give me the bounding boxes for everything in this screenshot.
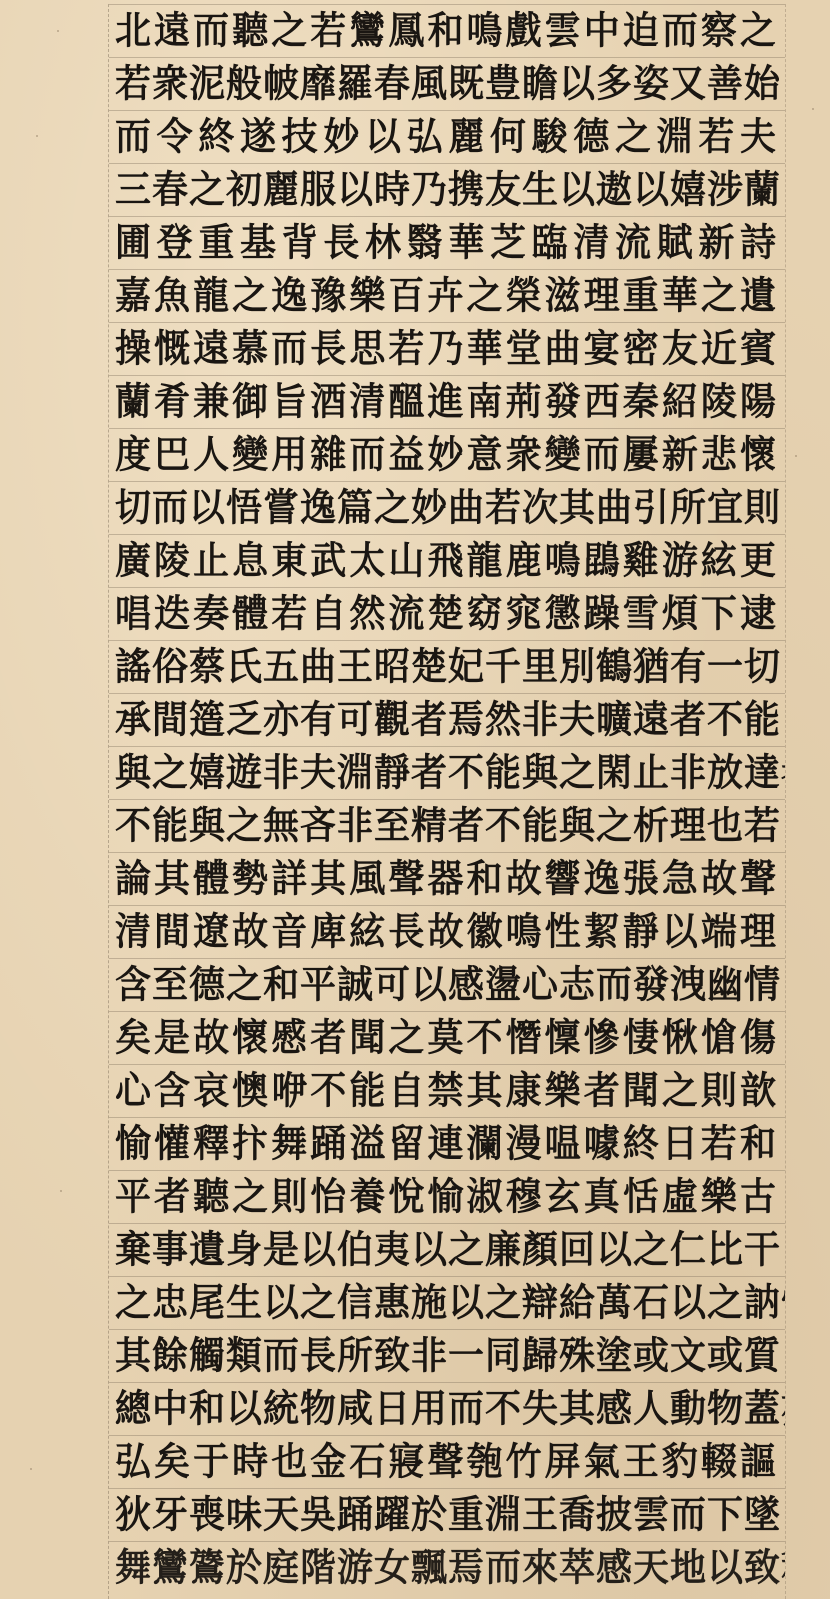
row-text: 心含哀懊咿不能自禁其康樂者聞之則歆 [115,1064,777,1117]
row-text: 含至德之和平誠可以感盪心志而發洩幽情 [115,958,777,1011]
row-text: 舞鸞鷟於庭階游女飄焉而來萃感天地以致和 [115,1541,777,1594]
row-text: 其餘觸類而長所致非一同歸殊塗或文或質 [115,1329,777,1382]
row-text: 總中和以統物咸日用而不失其感人動物蓋亦 [115,1382,777,1435]
row-text: 切而以悟嘗逸篇之妙曲若次其曲引所宜則 [115,481,777,534]
row-text: 嘉魚龍之逸豫樂百卉之榮滋理重華之遺 [115,269,777,322]
row-text: 論其體勢詳其風聲器和故響逸張急故聲 [115,852,777,905]
row-text: 之忠尾生以之信惠施以之辯給萬石以之訥慎 [115,1276,777,1329]
text-row: 蘭肴兼御旨酒清醞進南荊發西秦紹陵陽 [109,375,785,428]
row-text: 圃登重基背長林翳華芝臨清流賦新詩 [115,216,777,269]
row-text: 弘矣于時也金石寢聲匏竹屏氣王豹輟謳 [115,1435,777,1488]
text-row: 總中和以統物咸日用而不失其感人動物蓋亦 [109,1382,785,1435]
row-text: 不能與之無吝非至精者不能與之析理也若 [115,799,777,852]
row-text: 狄牙喪味天吳踊躍於重淵王喬披雲而下墜 [115,1488,777,1541]
text-row: 矣是故懷慼者聞之莫不憯懍慘悽愀愴傷 [109,1011,785,1064]
paper-speck [60,1190,62,1192]
paper-background: 北遠而聽之若鸞鳳和鳴戲雲中迫而察之 若衆泥般帔靡羅春風既豊瞻以多姿又善始 而令終… [0,0,830,1599]
paper-speck [57,30,59,32]
text-row: 而令終遂技妙以弘麗何駿德之淵若夫 [109,110,785,163]
text-row: 操慨遠慕而長思若乃華堂曲宴密友近賓 [109,322,785,375]
text-row: 平者聽之則怡養悅愉淑穆玄真恬虛樂古 [109,1170,785,1223]
text-row: 三春之初麗服以時乃携友生以遨以嬉涉蘭 [109,163,785,216]
text-row: 度巴人變用雜而益妙意衆變而屢新悲懷 [109,428,785,481]
text-row: 切而以悟嘗逸篇之妙曲若次其曲引所宜則 [109,481,785,534]
text-row: 與之嬉遊非夫淵靜者不能與之閑止非放達者 [109,746,785,799]
row-text: 蘭肴兼御旨酒清醞進南荊發西秦紹陵陽 [115,375,777,428]
text-row: 唱迭奏體若自然流楚窈窕懲躁雪煩下逮 [109,587,785,640]
text-row: 心含哀懊咿不能自禁其康樂者聞之則歆 [109,1064,785,1117]
row-text: 而令終遂技妙以弘麗何駿德之淵若夫 [115,110,777,163]
row-text: 與之嬉遊非夫淵靜者不能與之閑止非放達者 [115,746,777,799]
text-row: 狄牙喪味天吳踊躍於重淵王喬披雲而下墜 [109,1488,785,1541]
text-row: 清間遼故音庳絃長故徽鳴性絜靜以端理 [109,905,785,958]
text-row: 棄事遺身是以伯夷以之廉顏回以之仁比干以 [109,1223,785,1276]
text-row: 承間簉乏亦有可觀者焉然非夫曠遠者不能 [109,693,785,746]
row-text: 唱迭奏體若自然流楚窈窕懲躁雪煩下逮 [115,587,777,640]
row-text: 愉懽釋抃舞踊溢留連瀾漫嗢噱終日若和 [115,1117,777,1170]
text-row: 若衆泥般帔靡羅春風既豊瞻以多姿又善始 [109,57,785,110]
text-row: 北遠而聽之若鸞鳳和鳴戲雲中迫而察之 [109,4,785,57]
row-text: 操慨遠慕而長思若乃華堂曲宴密友近賓 [115,322,777,375]
paper-speck [795,455,797,457]
paper-speck [36,135,38,137]
text-row: 論其體勢詳其風聲器和故響逸張急故聲 [109,852,785,905]
row-text: 度巴人變用雜而益妙意衆變而屢新悲懷 [115,428,777,481]
text-row: 圃登重基背長林翳華芝臨清流賦新詩 [109,216,785,269]
row-text: 承間簉乏亦有可觀者焉然非夫曠遠者不能 [115,693,777,746]
text-row: 弘矣于時也金石寢聲匏竹屏氣王豹輟謳 [109,1435,785,1488]
row-text: 廣陵止息東武太山飛龍鹿鳴鵾雞游絃更 [115,534,777,587]
text-row: 愉懽釋抃舞踊溢留連瀾漫嗢噱終日若和 [109,1117,785,1170]
text-row: 不能與之無吝非至精者不能與之析理也若 [109,799,785,852]
text-row: 其餘觸類而長所致非一同歸殊塗或文或質 [109,1329,785,1382]
row-text: 若衆泥般帔靡羅春風既豊瞻以多姿又善始 [115,57,777,110]
text-row: 謠俗蔡氏五曲王昭楚妃千里別鶴猶有一切 [109,640,785,693]
text-grid: 北遠而聽之若鸞鳳和鳴戲雲中迫而察之 若衆泥般帔靡羅春風既豊瞻以多姿又善始 而令終… [108,4,786,1599]
row-text: 謠俗蔡氏五曲王昭楚妃千里別鶴猶有一切 [115,640,777,693]
row-text: 北遠而聽之若鸞鳳和鳴戲雲中迫而察之 [115,4,777,57]
paper-speck [812,108,814,110]
text-row: 廣陵止息東武太山飛龍鹿鳴鵾雞游絃更 [109,534,785,587]
row-text: 清間遼故音庳絃長故徽鳴性絜靜以端理 [115,905,777,958]
text-row: 之忠尾生以之信惠施以之辯給萬石以之訥慎 [109,1276,785,1329]
row-text: 矣是故懷慼者聞之莫不憯懍慘悽愀愴傷 [115,1011,777,1064]
row-text: 三春之初麗服以時乃携友生以遨以嬉涉蘭 [115,163,777,216]
text-row: 嘉魚龍之逸豫樂百卉之榮滋理重華之遺 [109,269,785,322]
paper-speck [30,1468,32,1470]
row-text: 棄事遺身是以伯夷以之廉顏回以之仁比干以 [115,1223,777,1276]
text-row: 含至德之和平誠可以感盪心志而發洩幽情 [109,958,785,1011]
row-text: 平者聽之則怡養悅愉淑穆玄真恬虛樂古 [115,1170,777,1223]
text-row-partial: 舞鸞鷟於庭階游女飄焉而來萃感天地以致和 [109,1541,785,1594]
